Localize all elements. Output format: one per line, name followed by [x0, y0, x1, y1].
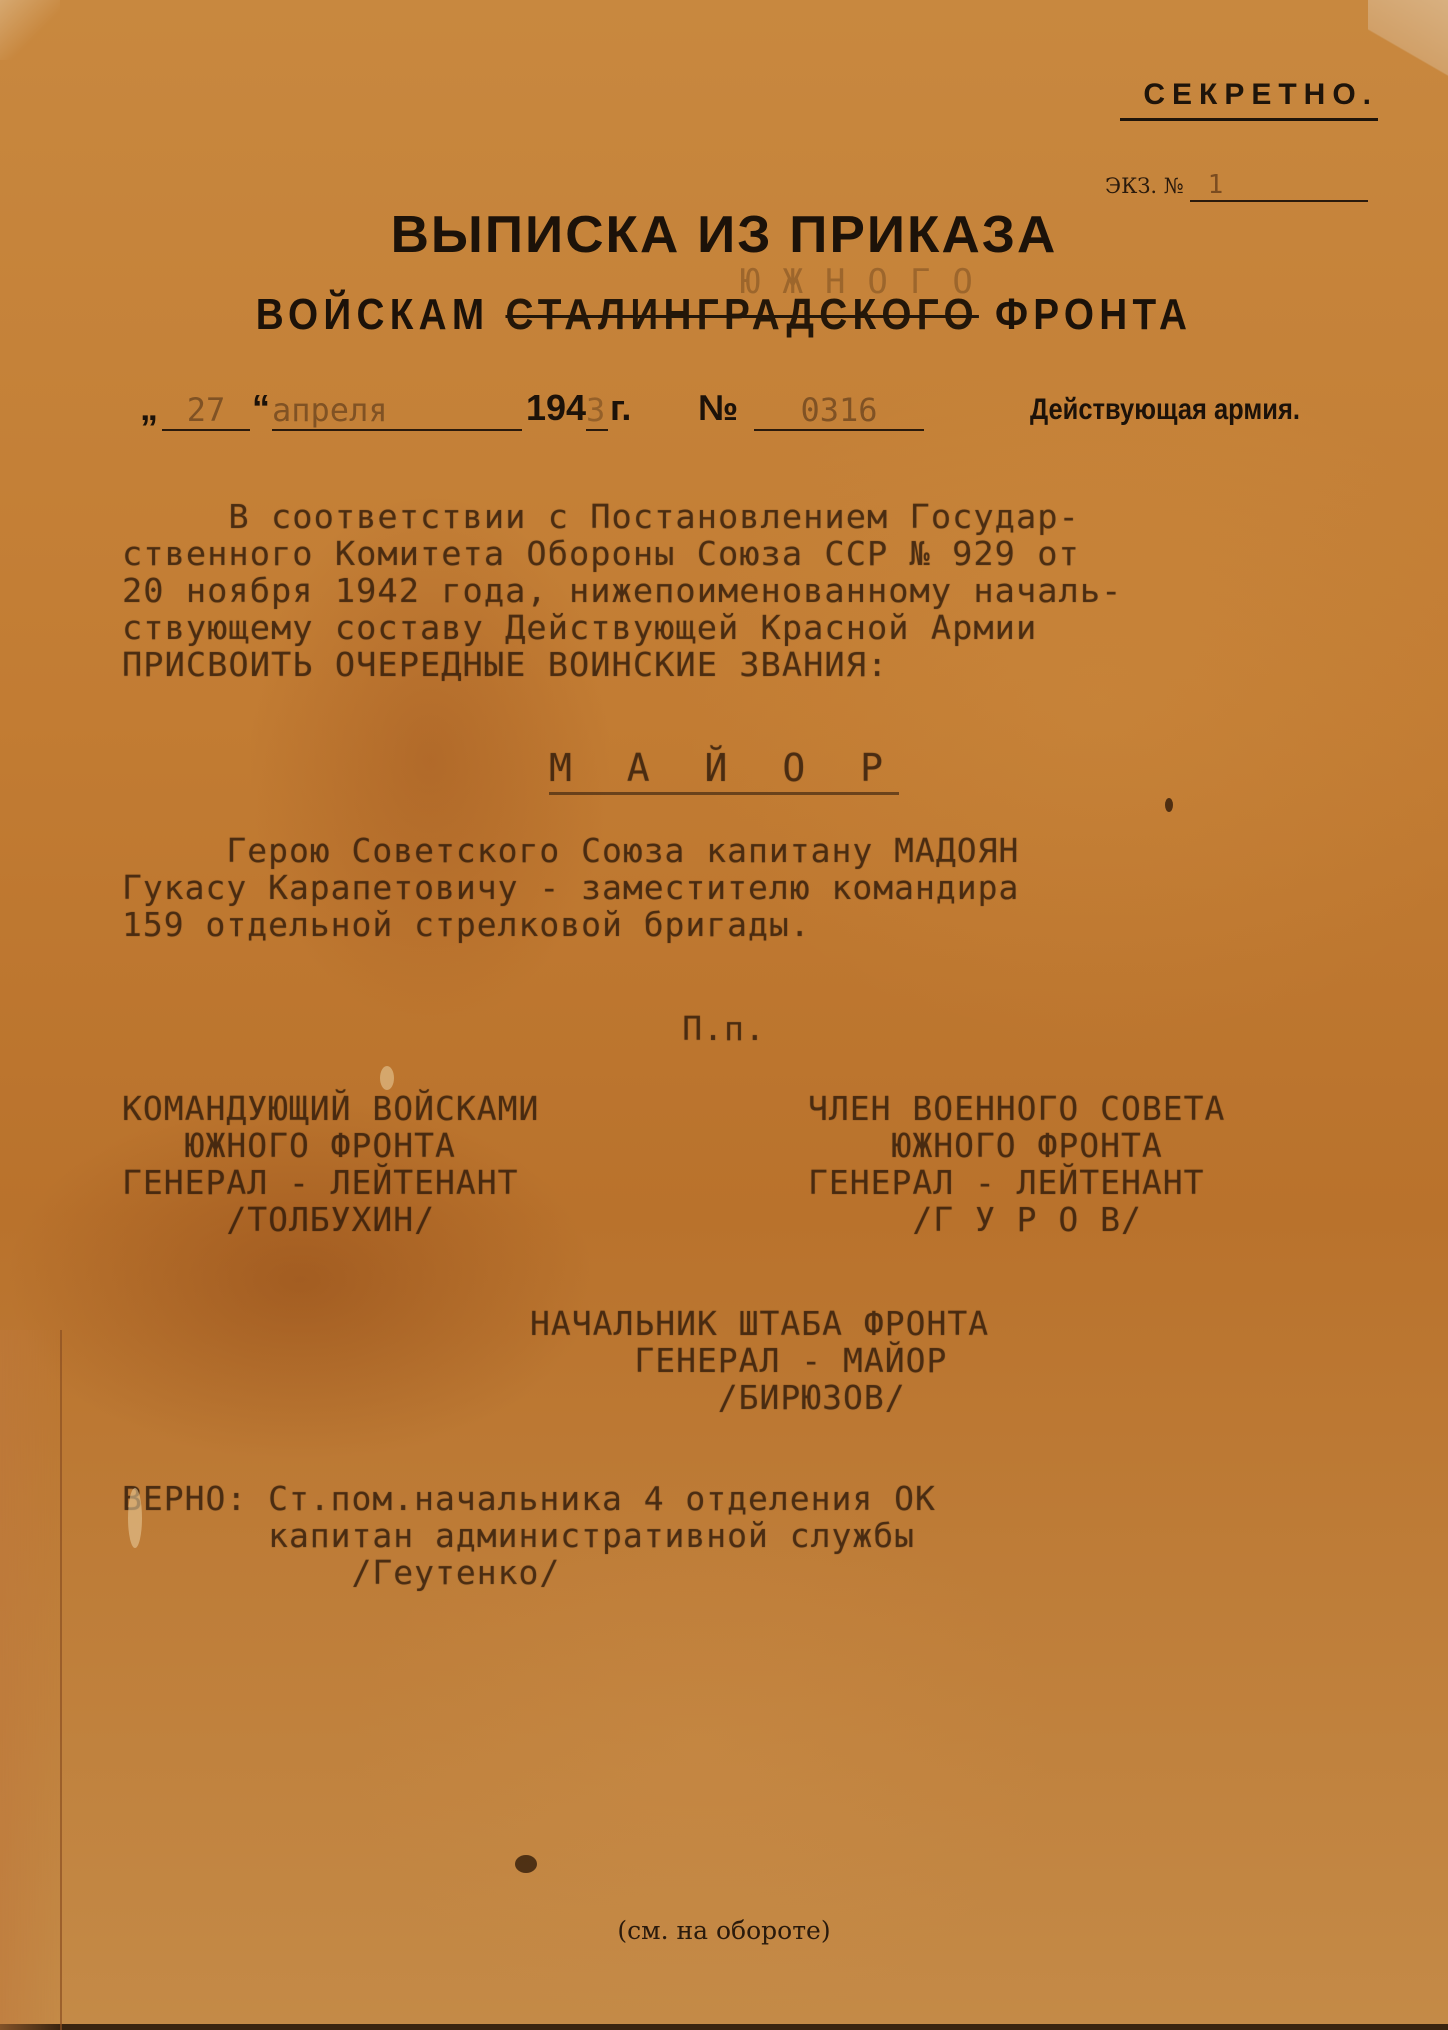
copy-number-field: ЭКЗ. №1: [1105, 170, 1368, 202]
copy-number-label: ЭКЗ. №: [1105, 174, 1184, 198]
year-prefix: 194: [526, 387, 586, 429]
paper-wear-corner: [1368, 0, 1448, 120]
signature-council-member: ЧЛЕН ВОЕННОГО СОВЕТА ЮЖНОГО ФРОНТА ГЕНЕР…: [808, 1090, 1225, 1238]
paper-fleck: [128, 1488, 142, 1548]
rank-text: М А Й О Р: [549, 746, 899, 795]
awardee-paragraph: Герою Советского Союза капитану МАДОЯН Г…: [122, 832, 1019, 943]
close-quote: “: [252, 387, 270, 429]
order-day: 27: [162, 391, 250, 431]
location-label: Действующая армия.: [1030, 393, 1300, 427]
open-quote: „: [140, 387, 158, 429]
ink-spot: [515, 1855, 537, 1873]
classification-stamp: СЕКРЕТНО.: [1120, 78, 1378, 121]
verification-block: ВЕРНО: Ст.пом.начальника 4 отделения ОК …: [122, 1480, 936, 1591]
paper-fleck: [380, 1066, 394, 1090]
document-page: СЕКРЕТНО. ЭКЗ. №1 ВЫПИСКА ИЗ ПРИКАЗА ЮЖН…: [0, 0, 1448, 2024]
order-paragraph: В соответствии с Постановлением Государ-…: [122, 498, 1122, 683]
document-title: ВЫПИСКА ИЗ ПРИКАЗА: [0, 205, 1448, 265]
signed-mark: П.п.: [0, 1010, 1448, 1047]
order-month: апреля: [272, 391, 522, 431]
year-digit: 3: [586, 391, 608, 431]
copy-number-value: 1: [1190, 170, 1368, 202]
subtitle-prefix: ВОЙСКАМ: [256, 290, 490, 339]
document-subtitle: ВОЙСКАМ СТАЛИНГРАДСКОГО ФРОНТА: [87, 290, 1361, 340]
signature-commander: КОМАНДУЮЩИЙ ВОЙСКАМИ ЮЖНОГО ФРОНТА ГЕНЕР…: [122, 1090, 539, 1238]
see-reverse-note: (см. на обороте): [0, 1916, 1448, 1945]
struck-front-name: СТАЛИНГРАДСКОГО: [505, 290, 978, 339]
signature-chief-of-staff: НАЧАЛЬНИК ШТАБА ФРОНТА ГЕНЕРАЛ - МАЙОР /…: [530, 1305, 989, 1416]
subtitle-suffix: ФРОНТА: [995, 290, 1192, 339]
ink-spot: [1165, 798, 1173, 812]
order-number: 0316: [754, 391, 924, 431]
order-number-label: №: [698, 387, 738, 429]
rank-heading: М А Й О Р: [0, 750, 1448, 787]
paper-wear-corner: [0, 0, 60, 60]
year-suffix: г.: [610, 387, 631, 429]
